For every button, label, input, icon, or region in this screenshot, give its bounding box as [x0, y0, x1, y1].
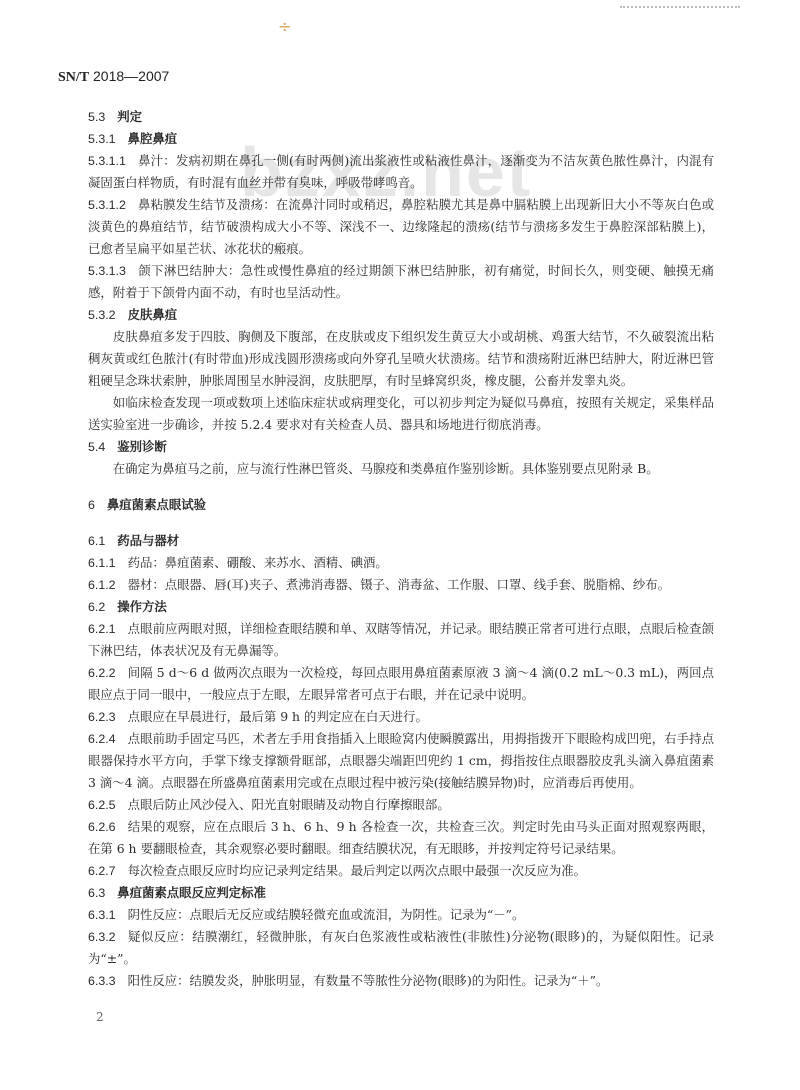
clause-text: 皮肤鼻疽多发于四肢、胸侧及下腹部，在皮肤或皮下组织发生黄豆大小或胡桃、鸡蛋大结节…: [88, 329, 714, 388]
paragraph: 皮肤鼻疽多发于四肢、胸侧及下腹部，在皮肤或皮下组织发生黄豆大小或胡桃、鸡蛋大结节…: [88, 326, 714, 392]
clause-text: 鼻粘膜发生结节及溃疡：在流鼻汁同时或稍迟，鼻腔粘膜尤其是鼻中膈粘膜上出现新旧大小…: [88, 197, 714, 256]
clause-text: 鉴别诊断: [117, 439, 167, 454]
section-heading: 6.3鼻疽菌素点眼反应判定标准: [88, 882, 714, 904]
clause-text: 颌下淋巴结肿大：急性或慢性鼻疽的经过期颌下淋巴结肿胀，初有痛觉，时间长久，则变硬…: [88, 263, 714, 300]
standard-code: SN/T 2018—2007: [58, 68, 169, 86]
clause-number: 6: [88, 498, 95, 512]
clause-number: 6.2.1: [88, 622, 116, 636]
clause-number: 5.3.2: [88, 308, 116, 322]
clause-text: 在确定为鼻疽马之前，应与流行性淋巴管炎、马腺疫和类鼻疽作鉴别诊断。具体鉴别要点见…: [113, 461, 659, 476]
section-heading: 5.3判定: [88, 106, 714, 128]
clause: 6.2.6结果的观察，应在点眼后 3 h、6 h、9 h 各检查一次，共检查三次…: [88, 816, 714, 860]
clause: 6.2.2间隔 5 d～6 d 做两次点眼为一次检疫，每回点眼用鼻疽菌素原液 3…: [88, 662, 714, 706]
clause: 6.2.3点眼应在早晨进行，最后第 9 h 的判定应在白天进行。: [88, 706, 714, 728]
clause-text: 点眼前应两眼对照，详细检查眼结膜和单、双瞎等情况，并记录。眼结膜正常者可进行点眼…: [88, 621, 714, 658]
spacer: [88, 516, 714, 530]
clause-text: 结果的观察，应在点眼后 3 h、6 h、9 h 各检查一次，共检查三次。判定时先…: [88, 819, 714, 856]
section-heading: 6鼻疽菌素点眼试验: [88, 494, 714, 516]
clause-text: 鼻疽菌素点眼试验: [107, 497, 206, 512]
clause-text: 操作方法: [117, 599, 167, 614]
section-heading: 6.2操作方法: [88, 596, 714, 618]
section-heading: 6.1药品与器材: [88, 530, 714, 552]
clause-text: 点眼后防止风沙侵入、阳光直射眼睛及动物自行摩擦眼部。: [128, 797, 450, 812]
clause-number: 6.3.3: [88, 974, 116, 988]
clause-text: 鼻疽菌素点眼反应判定标准: [117, 885, 266, 900]
clause-number: 6.2.4: [88, 732, 116, 746]
clause-text: 皮肤鼻疽: [128, 307, 178, 322]
clause-number: 6.2.5: [88, 798, 116, 812]
clause: 6.2.7每次检查点眼反应时均应记录判定结果。最后判定以两次点眼中最强一次反应为…: [88, 860, 714, 882]
clause-text: 疑似反应：结膜潮红，轻微肿胀，有灰白色浆液性或粘液性(非脓性)分泌物(眼眵)的，…: [88, 929, 714, 966]
page-edge-artifact: [620, 0, 740, 8]
clause-number: 6.2.3: [88, 710, 116, 724]
clause: 5.3.1.1鼻汁：发病初期在鼻孔一侧(有时两侧)流出浆液性或粘液性鼻汁，逐渐变…: [88, 150, 714, 194]
clause: 6.1.2器材：点眼器、唇(耳)夹子、煮沸消毒器、镊子、消毒盆、工作服、口罩、线…: [88, 574, 714, 596]
clause-number: 5.3.1.2: [88, 198, 126, 212]
clause-text: 阳性反应：结膜发炎，肿胀明显，有数量不等脓性分泌物(眼眵)的为阳性。记录为“＋”…: [128, 973, 609, 988]
clause-text: 每次检查点眼反应时均应记录判定结果。最后判定以两次点眼中最强一次反应为准。: [128, 863, 586, 878]
clause-number: 6.2.2: [88, 666, 116, 680]
clause-text: 点眼应在早晨进行，最后第 9 h 的判定应在白天进行。: [128, 709, 428, 724]
clause: 6.1.1药品：鼻疽菌素、硼酸、来苏水、酒精、碘酒。: [88, 552, 714, 574]
paragraph: 如临床检查发现一项或数项上述临床症状或病理变化，可以初步判定为疑似马鼻疽，按照有…: [88, 392, 714, 436]
clause-text: 药品：鼻疽菌素、硼酸、来苏水、酒精、碘酒。: [128, 555, 388, 570]
clause-number: 6.3.1: [88, 908, 116, 922]
clause-number: 6.1: [88, 534, 105, 548]
clause: 6.2.1点眼前应两眼对照，详细检查眼结膜和单、双瞎等情况，并记录。眼结膜正常者…: [88, 618, 714, 662]
clause: 5.3.1.2鼻粘膜发生结节及溃疡：在流鼻汁同时或稍迟，鼻腔粘膜尤其是鼻中膈粘膜…: [88, 194, 714, 260]
page-number: 2: [96, 1010, 104, 1024]
clause: 6.3.2疑似反应：结膜潮红，轻微肿胀，有灰白色浆液性或粘液性(非脓性)分泌物(…: [88, 926, 714, 970]
clause-number: 6.1.1: [88, 556, 116, 570]
document-body: 5.3判定5.3.1鼻腔鼻疽5.3.1.1鼻汁：发病初期在鼻孔一侧(有时两侧)流…: [88, 106, 714, 992]
clause-number: 6.3: [88, 886, 105, 900]
clause-text: 鼻汁：发病初期在鼻孔一侧(有时两侧)流出浆液性或粘液性鼻汁，逐渐变为不洁灰黄色脓…: [88, 153, 714, 190]
clause-text: 点眼前助手固定马匹，术者左手用食指插入上眼睑窝内使瞬膜露出，用拇指拨开下眼睑构成…: [88, 731, 714, 790]
clause: 6.2.5点眼后防止风沙侵入、阳光直射眼睛及动物自行摩擦眼部。: [88, 794, 714, 816]
clause-number: 5.3.1.3: [88, 264, 126, 278]
section-heading: 5.4鉴别诊断: [88, 436, 714, 458]
clause: 6.2.4点眼前助手固定马匹，术者左手用食指插入上眼睑窝内使瞬膜露出，用拇指拨开…: [88, 728, 714, 794]
paragraph: 在确定为鼻疽马之前，应与流行性淋巴管炎、马腺疫和类鼻疽作鉴别诊断。具体鉴别要点见…: [88, 458, 714, 480]
clause-text: 药品与器材: [117, 533, 179, 548]
clause-number: 5.4: [88, 440, 105, 454]
clause-number: 6.1.2: [88, 578, 116, 592]
clause-text: 如临床检查发现一项或数项上述临床症状或病理变化，可以初步判定为疑似马鼻疽，按照有…: [88, 395, 714, 432]
clause: 6.3.3阳性反应：结膜发炎，肿胀明显，有数量不等脓性分泌物(眼眵)的为阳性。记…: [88, 970, 714, 992]
clause-text: 鼻腔鼻疽: [128, 131, 178, 146]
clause-text: 判定: [117, 109, 142, 124]
clause-text: 器材：点眼器、唇(耳)夹子、煮沸消毒器、镊子、消毒盆、工作服、口罩、线手套、脱脂…: [128, 577, 670, 592]
section-heading: 5.3.1鼻腔鼻疽: [88, 128, 714, 150]
clause-number: 5.3: [88, 110, 105, 124]
clause: 6.3.1阴性反应：点眼后无反应或结膜轻微充血或流泪，为阴性。记录为“－”。: [88, 904, 714, 926]
clause-number: 6.3.2: [88, 930, 116, 944]
clause-text: 阴性反应：点眼后无反应或结膜轻微充血或流泪，为阴性。记录为“－”。: [128, 907, 525, 922]
clause-number: 5.3.1.1: [88, 154, 126, 168]
clause-number: 5.3.1: [88, 132, 116, 146]
section-heading: 5.3.2皮肤鼻疽: [88, 304, 714, 326]
clause: 5.3.1.3颌下淋巴结肿大：急性或慢性鼻疽的经过期颌下淋巴结肿胀，初有痛觉，时…: [88, 260, 714, 304]
clause-number: 6.2.6: [88, 820, 116, 834]
clause-text: 间隔 5 d～6 d 做两次点眼为一次检疫，每回点眼用鼻疽菌素原液 3 滴～4 …: [88, 665, 714, 702]
clause-number: 6.2.7: [88, 864, 116, 878]
clause-number: 6.2: [88, 600, 105, 614]
spacer: [88, 480, 714, 494]
divide-mark-icon: ÷: [278, 17, 291, 36]
